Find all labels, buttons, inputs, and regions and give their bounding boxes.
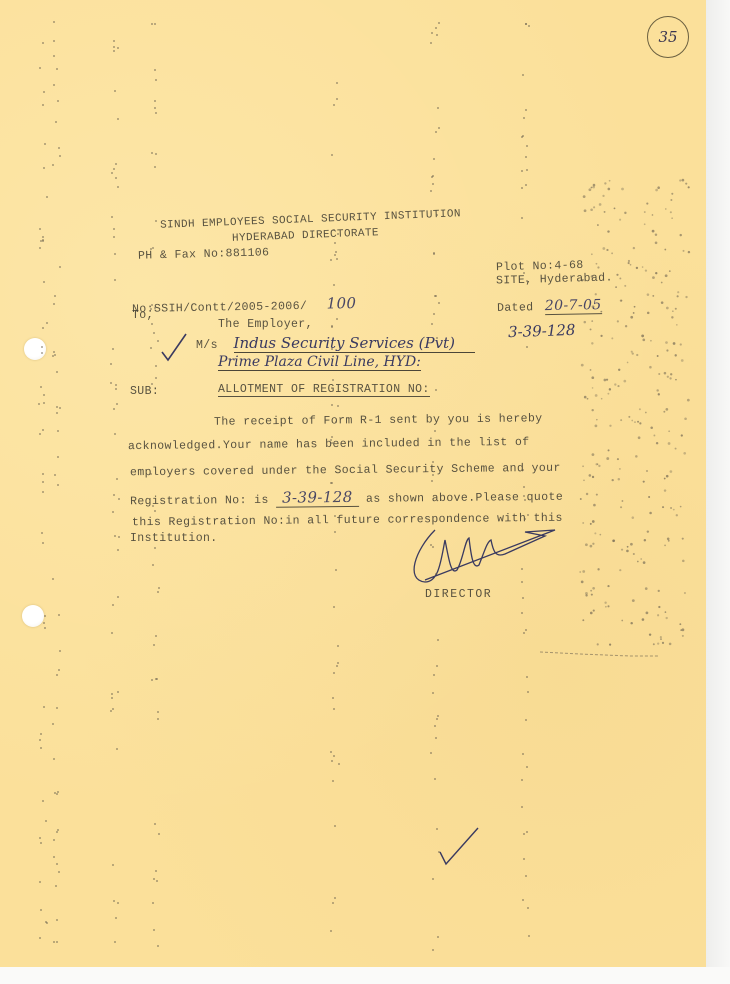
- punch-hole-bottom: [22, 605, 44, 627]
- addressee-name-line: M/s Indus Security Services (Pvt): [196, 334, 475, 353]
- scanned-letter-page: 35 SINDH EMPLOYEES SOCIAL SECURITY INSTI…: [0, 0, 706, 967]
- subject-label: SUB:: [130, 385, 159, 398]
- reference-number: No:SSIH/Contt/2005-2006/ 100: [132, 294, 357, 316]
- addressee-title: The Employer,: [218, 318, 313, 331]
- reference-number-typed: No:SSIH/Contt/2005-2006/: [132, 300, 307, 316]
- body-line-3: employers covered under the Social Secur…: [130, 462, 561, 480]
- stamp-smudge: [540, 180, 700, 660]
- page-number: 35: [658, 28, 677, 46]
- body-line-4-pre: Registration No: is: [130, 494, 269, 508]
- scan-margin-bottom: [0, 967, 730, 984]
- checkmark-icon: [160, 330, 190, 370]
- institution-name: SINDH EMPLOYEES SOCIAL SECURITY INSTITUT…: [160, 208, 461, 232]
- body-line-2: acknowledged.Your name has been included…: [128, 436, 530, 453]
- registration-number: 3-39-128: [276, 488, 359, 508]
- subject-text: ALLOTMENT OF REGISTRATION NO:: [218, 383, 430, 397]
- to-label: To,: [132, 309, 154, 322]
- checkmark-bottom-icon: [432, 808, 482, 868]
- signatory-title: DIRECTOR: [425, 588, 492, 601]
- body-line-4-post: as shown above.Please quote: [366, 491, 563, 506]
- body-line-6: Institution.: [130, 532, 218, 545]
- stamp-baseline: [540, 648, 660, 658]
- body-line-1: The receipt of Form R-1 sent by you is h…: [214, 412, 543, 428]
- dated-label: Dated: [497, 301, 534, 315]
- addressee-name: Indus Security Services (Pvt): [234, 334, 475, 353]
- body-line-4: Registration No: is 3-39-128 as shown ab…: [130, 486, 563, 509]
- reference-number-handwritten: 100: [326, 294, 356, 313]
- addressee-prefix: M/s: [196, 339, 218, 352]
- scan-margin-right: [706, 0, 730, 984]
- phone-fax: PH & Fax No:881106: [138, 246, 270, 262]
- directorate-name: HYDERABAD DIRECTORATE: [232, 227, 379, 245]
- page-number-circle: 35: [647, 16, 689, 58]
- addressee-address: Prime Plaza Civil Line, HYD:: [218, 354, 421, 371]
- punch-hole-top: [24, 338, 46, 360]
